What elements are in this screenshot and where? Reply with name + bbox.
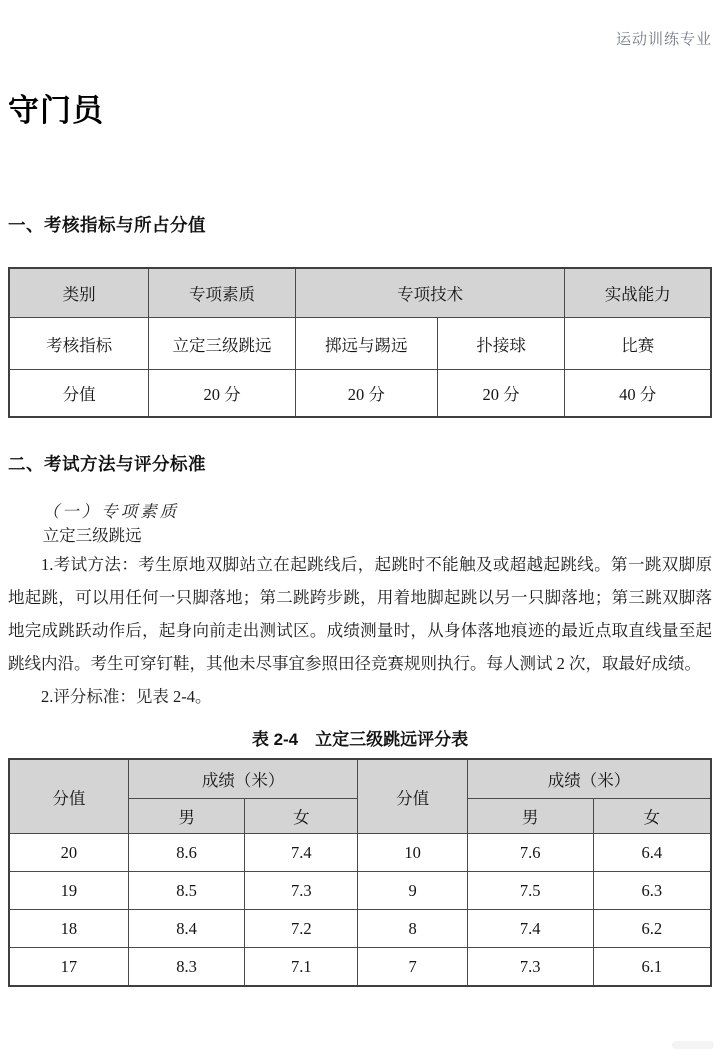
subsection-heading: （一）专项素质 (8, 500, 712, 524)
table-cell: 成绩（米） (128, 759, 358, 799)
assessment-score-table: 类别 专项素质 专项技术 实战能力 考核指标 立定三级跳远 掷远与踢远 扑接球 … (8, 267, 712, 418)
table-cell: 分值 (358, 759, 468, 834)
table-header-row: 分值 成绩（米） 分值 成绩（米） (9, 759, 711, 799)
table-cell: 立定三级跳远 (149, 318, 296, 370)
exam-method-paragraph: 1.考试方法：考生原地双脚站立在起跳线后，起跳时不能触及或超越起跳线。第一跳双脚… (8, 548, 712, 680)
table-cell: 专项技术 (295, 268, 565, 318)
table-cell: 7.4 (245, 834, 358, 872)
table-cell: 6.1 (593, 948, 711, 987)
table-cell: 类别 (9, 268, 149, 318)
table-cell: 7.2 (245, 910, 358, 948)
table-cell: 7.4 (467, 910, 593, 948)
table-cell: 扑接球 (437, 318, 565, 370)
table-cell: 7 (358, 948, 468, 987)
table-cell: 18 (9, 910, 128, 948)
table-cell: 8 (358, 910, 468, 948)
section-2-heading: 二、考试方法与评分标准 (8, 451, 712, 476)
table-cell: 6.3 (593, 872, 711, 910)
table-cell: 10 (358, 834, 468, 872)
table-cell: 40 分 (565, 370, 711, 418)
table-header-row: 类别 专项素质 专项技术 实战能力 (9, 268, 711, 318)
table-cell: 成绩（米） (467, 759, 711, 799)
table-row: 20 8.6 7.4 10 7.6 6.4 (9, 834, 711, 872)
table-cell: 男 (467, 799, 593, 834)
scoring-table-2-4: 分值 成绩（米） 分值 成绩（米） 男 女 男 女 20 8.6 7.4 10 … (8, 758, 712, 987)
section-1-heading: 一、考核指标与所占分值 (8, 212, 712, 237)
table-cell: 考核指标 (9, 318, 149, 370)
table-cell: 8.5 (128, 872, 245, 910)
table-cell: 8.3 (128, 948, 245, 987)
page-header-program: 运动训练专业 (8, 0, 712, 49)
table-row: 19 8.5 7.3 9 7.5 6.3 (9, 872, 711, 910)
scoring-standard-paragraph: 2.评分标准：见表 2-4。 (8, 680, 712, 713)
table-cell: 7.6 (467, 834, 593, 872)
table-cell: 6.4 (593, 834, 711, 872)
page-corner-artifact (672, 1041, 714, 1049)
table-row-indicators: 考核指标 立定三级跳远 掷远与踢远 扑接球 比赛 (9, 318, 711, 370)
table-cell: 7.3 (467, 948, 593, 987)
table-cell: 女 (593, 799, 711, 834)
table-cell: 6.2 (593, 910, 711, 948)
table-cell: 8.4 (128, 910, 245, 948)
table-cell: 男 (128, 799, 245, 834)
table-cell: 20 分 (295, 370, 437, 418)
item-title: 立定三级跳远 (8, 524, 712, 548)
table-cell: 20 (9, 834, 128, 872)
table-cell: 19 (9, 872, 128, 910)
table-cell: 女 (245, 799, 358, 834)
table-cell: 17 (9, 948, 128, 987)
table-row-scores: 分值 20 分 20 分 20 分 40 分 (9, 370, 711, 418)
document-page: 运动训练专业 守门员 一、考核指标与所占分值 类别 专项素质 专项技术 实战能力… (0, 0, 720, 1051)
table-cell: 专项素质 (149, 268, 296, 318)
table-row: 17 8.3 7.1 7 7.3 6.1 (9, 948, 711, 987)
page-title: 守门员 (8, 85, 712, 130)
table-cell: 实战能力 (565, 268, 711, 318)
table-cell: 20 分 (149, 370, 296, 418)
table-row: 18 8.4 7.2 8 7.4 6.2 (9, 910, 711, 948)
table-cell: 8.6 (128, 834, 245, 872)
table-cell: 7.1 (245, 948, 358, 987)
table-cell: 分值 (9, 759, 128, 834)
table-cell: 20 分 (437, 370, 565, 418)
table-cell: 7.3 (245, 872, 358, 910)
table-cell: 比赛 (565, 318, 711, 370)
table-cell: 7.5 (467, 872, 593, 910)
table-cell: 掷远与踢远 (295, 318, 437, 370)
table-2-4-caption: 表 2-4 立定三级跳远评分表 (8, 725, 712, 750)
table-cell: 9 (358, 872, 468, 910)
table-cell: 分值 (9, 370, 149, 418)
